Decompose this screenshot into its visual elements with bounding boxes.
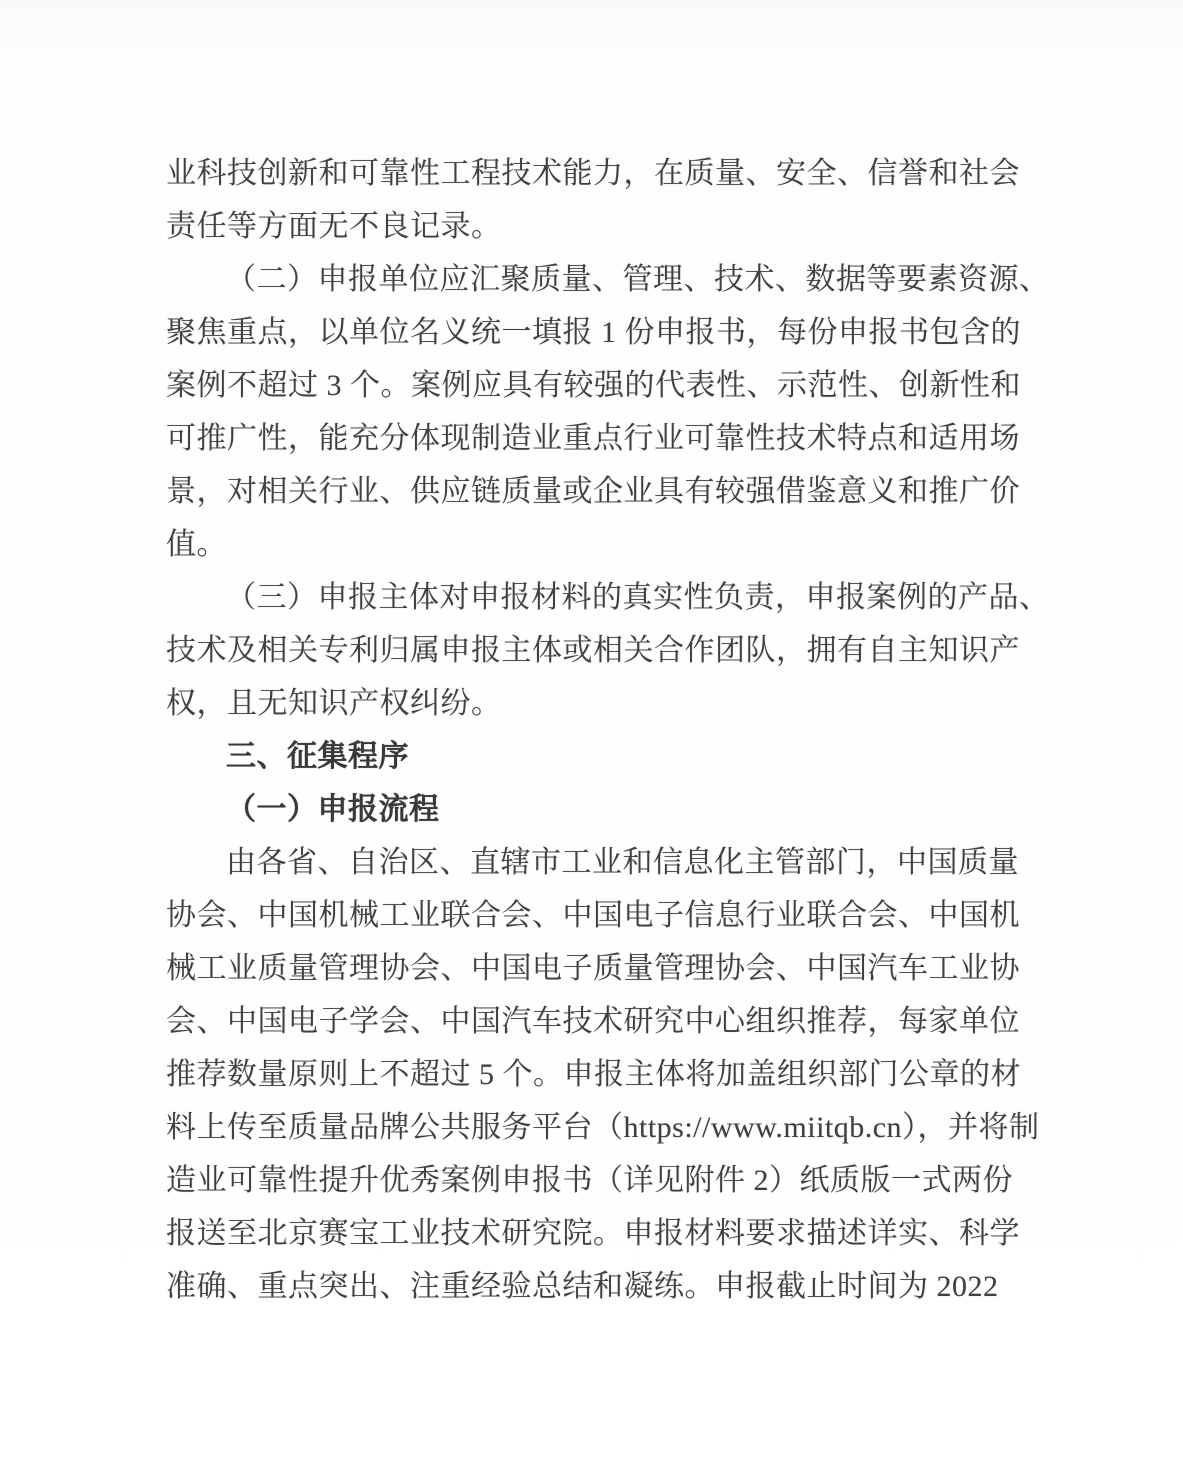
document-line: 料上传至质量品牌公共服务平台（https://www.miitqb.cn），并将… [166, 1101, 994, 1154]
document-page: 业科技创新和可靠性工程技术能力，在质量、安全、信誉和社会 责任等方面无不良记录。… [0, 0, 1183, 1474]
text-block: 业科技创新和可靠性工程技术能力，在质量、安全、信誉和社会 责任等方面无不良记录。… [166, 147, 994, 1313]
document-line: 报送至北京赛宝工业技术研究院。申报材料要求描述详实、科学 [166, 1207, 994, 1260]
document-line: 权，且无知识产权纠纷。 [166, 677, 994, 730]
document-line: （三）申报主体对申报材料的真实性负责，申报案例的产品、 [166, 571, 994, 624]
document-line: 会、中国电子学会、中国汽车技术研究中心组织推荐，每家单位 [166, 995, 994, 1048]
document-line: （二）申报单位应汇聚质量、管理、技术、数据等要素资源、 [166, 253, 994, 306]
document-line: 由各省、自治区、直辖市工业和信息化主管部门，中国质量 [166, 836, 994, 889]
document-line: 责任等方面无不良记录。 [166, 200, 994, 253]
document-line: 技术及相关专利归属申报主体或相关合作团队，拥有自主知识产 [166, 624, 994, 677]
document-line: 推荐数量原则上不超过 5 个。申报主体将加盖组织部门公章的材 [166, 1048, 994, 1101]
document-line: 协会、中国机械工业联合会、中国电子信息行业联合会、中国机 [166, 889, 994, 942]
document-line: 造业可靠性提升优秀案例申报书（详见附件 2）纸质版一式两份 [166, 1154, 994, 1207]
document-line: 值。 [166, 518, 994, 571]
subsection-heading: （一）申报流程 [166, 783, 994, 836]
document-line: 聚焦重点，以单位名义统一填报 1 份申报书，每份申报书包含的 [166, 306, 994, 359]
document-line: 准确、重点突出、注重经验总结和凝练。申报截止时间为 2022 [166, 1260, 994, 1313]
section-heading: 三、征集程序 [166, 730, 994, 783]
document-line: 景，对相关行业、供应链质量或企业具有较强借鉴意义和推广价 [166, 465, 994, 518]
document-line: 案例不超过 3 个。案例应具有较强的代表性、示范性、创新性和 [166, 359, 994, 412]
document-line: 可推广性，能充分体现制造业重点行业可靠性技术特点和适用场 [166, 412, 994, 465]
document-line: 业科技创新和可靠性工程技术能力，在质量、安全、信誉和社会 [166, 147, 994, 200]
document-line: 械工业质量管理协会、中国电子质量管理协会、中国汽车工业协 [166, 942, 994, 995]
